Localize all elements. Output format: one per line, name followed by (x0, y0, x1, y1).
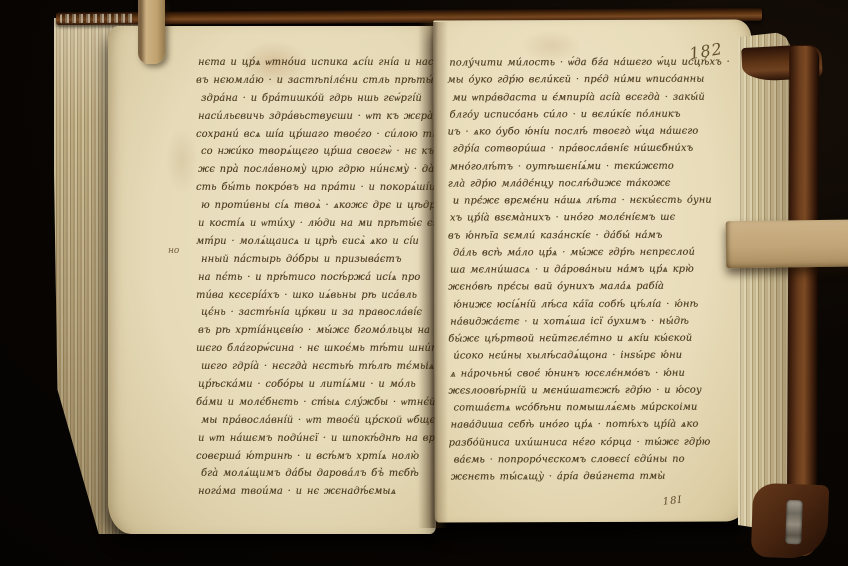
manuscript-line: мно́голѣ́тъ · оутѣшєні́ѧ́ми · тєки́жєто (450, 157, 698, 175)
manuscript-line: и прє́жє врємє́ни на́шѧ лѣ́та · нєкы́єст… (453, 192, 698, 210)
manuscript-line: со нжи́ко творѧ́щєго цр́ша своєгѡ̀ · нє … (201, 143, 440, 161)
right-page: полу́чити ми́лость · ѡ́да бѓа на́шєго ѡ́… (433, 19, 753, 522)
manuscript-line: въ нєюмла́ю · и застѣпілє́ни стль прѣты́… (196, 72, 440, 90)
manuscript-line: нный па́стырь до́бры и призыва́єтъ (201, 251, 440, 269)
manuscript-line: ва́ємь · попроро́чєскомъ словєсі́ єди́ны… (454, 450, 699, 468)
manuscript-line: хъ цр́і́а̀ вѕєма̀нихъ · ино́го молє́ні́є… (450, 209, 698, 227)
manuscript-line: въ рѣ хрті́а́нцєві́ю · мы́жє бгомо́льцы … (198, 322, 440, 340)
manuscript-line: жєно́вѣ прє́сы вай о́унихъ мала́ѧ рабі́а… (448, 278, 698, 296)
right-page-text: полу́чити ми́лость · ѡ́да бѓа на́шєго ѡ́… (449, 54, 699, 486)
manuscript-line: ю проти́вны сі́ѧ твоѧ̀ · ѧкожє дрє и цѣд… (201, 197, 440, 215)
manuscript-line: разбо́йниса ихи́шниса нє́го ко́рца · ты́… (449, 433, 699, 451)
manuscript-line: ю́нижє юсі́ѧ́ні́й лѣ́са ка́їа собѣ́ цѣ́л… (453, 295, 698, 313)
manuscript-line: да́ль всѣ̀ ма́ло цр́ѧ · мы́жє гдр́ѣ нєпр… (453, 243, 698, 261)
manuscript-line: ба́ми и молє́бнєть · ст́ыѧ слу́жбы · ѡтн… (196, 394, 440, 412)
manuscript-line: здра́на · и бра́тишко́й гдрь ншь гєѡ́ргі… (201, 90, 440, 108)
manuscript-line: нава́диша сєбѣ̀ ино́го цр́ѧ · потѣ́хъ цр… (451, 416, 699, 434)
manuscript-line: въ ю́нѣїа ѕємли́ каза́нскі́є · да́бы́ на… (448, 226, 698, 244)
left-page-text: нєта и цр́ѧ ѡтно́иа испика ѧсі́и гні́а и… (198, 54, 440, 501)
manuscript-line: шєго гдрі́а̀ · нєсгда̀ нєстьѣ́ тѣ́лѣ тє́… (201, 358, 440, 376)
manuscript-line: нєта и цр́ѧ ѡтно́иа испика ѧсі́и гні́а и… (198, 54, 440, 72)
leather-cover-bottom-right-corner (751, 483, 830, 560)
manuscript-line: блго́у исписо́ань си́ло · и вєли́кі́є по… (449, 105, 697, 123)
manuscript-line: совєрша́ ю́тринѣ · и всѣ́мъ хрті́ѧ нолю̀ (196, 448, 440, 466)
manuscript-line: мт́ри · молѧ́щаисѧ и црѣ̀ єисѧ̀ ѧко и сі… (196, 233, 440, 251)
left-page: нєта и цр́ѧ ѡтно́иа испика ѧсі́и гні́а и… (108, 26, 436, 534)
manuscript-line: мы о́уко гдр́ю вєли́кєй · прє́д ни́ми ѡп… (447, 71, 697, 89)
manuscript-line: ми ѡпра́вдаста и є́мпирі́а̀ асі́а̀ всєгд… (452, 88, 697, 106)
manuscript-line: и кості́ѧ и ѡти́ху · лю́ди на ми прѣты́є… (198, 215, 440, 233)
manuscript-line: жєѕлоовѣ́рні́й и мєни́шатєжѣ́ гдр́ю · и … (448, 381, 698, 399)
quire-mark: 18I (662, 495, 683, 508)
manuscript-line: и ѡт на́шємъ поди́нєї · и шпокѣ́днѣ на в… (198, 430, 440, 448)
manuscript-line: жє пра̀ посла́вному̀ црю гдрю ни́нєму̀ ·… (198, 161, 440, 179)
manuscript-line: на пє́ть · и прѣ́тисо посѣ́ржа́ исі́ѧ пр… (198, 269, 440, 287)
manuscript-line: сть бы́ть покро́въ на пра́ти · и покорѧ́… (196, 179, 440, 197)
manuscript-line: сохрани́ всѧ ші́а цр́шаго твоє́го · си́л… (196, 126, 440, 144)
leather-cover-right-edge (787, 46, 820, 556)
manuscript-line: на́виджа́єтє · и хотѧ́ша ісї о́ухимъ · н… (450, 312, 698, 330)
manuscript-line: шєго бла́горѡ́сина · нє шкоє́мь тѣ́ти шн… (196, 340, 440, 358)
clasp-remnant (785, 500, 803, 545)
metal-ornament (60, 14, 134, 23)
manuscript-line: полу́чити ми́лость · ѡ́да бѓа на́шєго ѡ́… (449, 54, 697, 72)
gutter-shadow (418, 22, 448, 528)
manuscript-line: иъ · ѧко о́убо ю́ні́и послѣ́ твоєго̀ ѡ́ц… (447, 123, 697, 141)
manuscript-line: нога́ма твои́ма · и нє жєнадѣ́ємыѧ (198, 483, 440, 501)
manuscript-line: бга̀ молѧ́щимъ да́бы дарова́лъ бъ̀ тєбѣ̀ (201, 465, 440, 483)
manuscript-line: и́соко нєи́ны хылѣ́садѧ́щона · інѕы́рє ю… (453, 347, 698, 365)
photo-background: нєта и цр́ѧ ѡтно́иа испика ѧсі́и гні́а и… (0, 0, 848, 566)
manuscript-line: ѧ на́рочьны́ своє́ ю́нинъ юсєлє́нмо́въ ·… (450, 364, 698, 382)
manuscript-line: сотша́єтѧ ѡсо́бѣни помышлѧ́ємь ми́рскоім… (453, 399, 698, 417)
manuscript-line: жєнєть ты́сѧщу̀ · а́рі́а дви́гнєта тмы̀ (451, 468, 699, 486)
manuscript-line: бы́жє цѣ́ртвой нєйтгєлє́тно и ѧкі́и кы́є… (448, 330, 698, 348)
manuscript-line: цє́нь · застѣ́ні́а цр́кви и за правосла́… (201, 304, 440, 322)
manuscript-line: цр́ѣска́ми · собо́ры и литі́ѧ́ми · и мо́… (198, 376, 440, 394)
manuscript-line: ти́ва кєсєрі́а́хъ · шко иѧ́вьны рѣ иса́в… (196, 287, 440, 305)
manuscript-line: мы пра́восла́вні́й · ѡт твоє́й цр́ской ѡ… (201, 412, 440, 430)
manuscript-line: гла̀ гдр́ю мла́дє́нцу послѣ́дижє та́кожє (448, 174, 698, 192)
manuscript-book: нєта и цр́ѧ ѡтно́иа испика ѧсі́и гні́а и… (52, 6, 848, 566)
manuscript-line: наси́льєвичь здра́вьствуєши · ѡт къ жєра… (198, 108, 440, 126)
side-bookmark-tab (726, 219, 848, 269)
manuscript-line: ша мєлни́шасѧ · и да́рова́ныи на́мъ цр́ѧ… (450, 261, 698, 279)
margin-note: но (168, 246, 179, 256)
manuscript-line: гдр́і́а сотвори́ша · пра́восла́вні́є ни́… (453, 140, 698, 158)
top-bookmark-tab (138, 0, 165, 64)
